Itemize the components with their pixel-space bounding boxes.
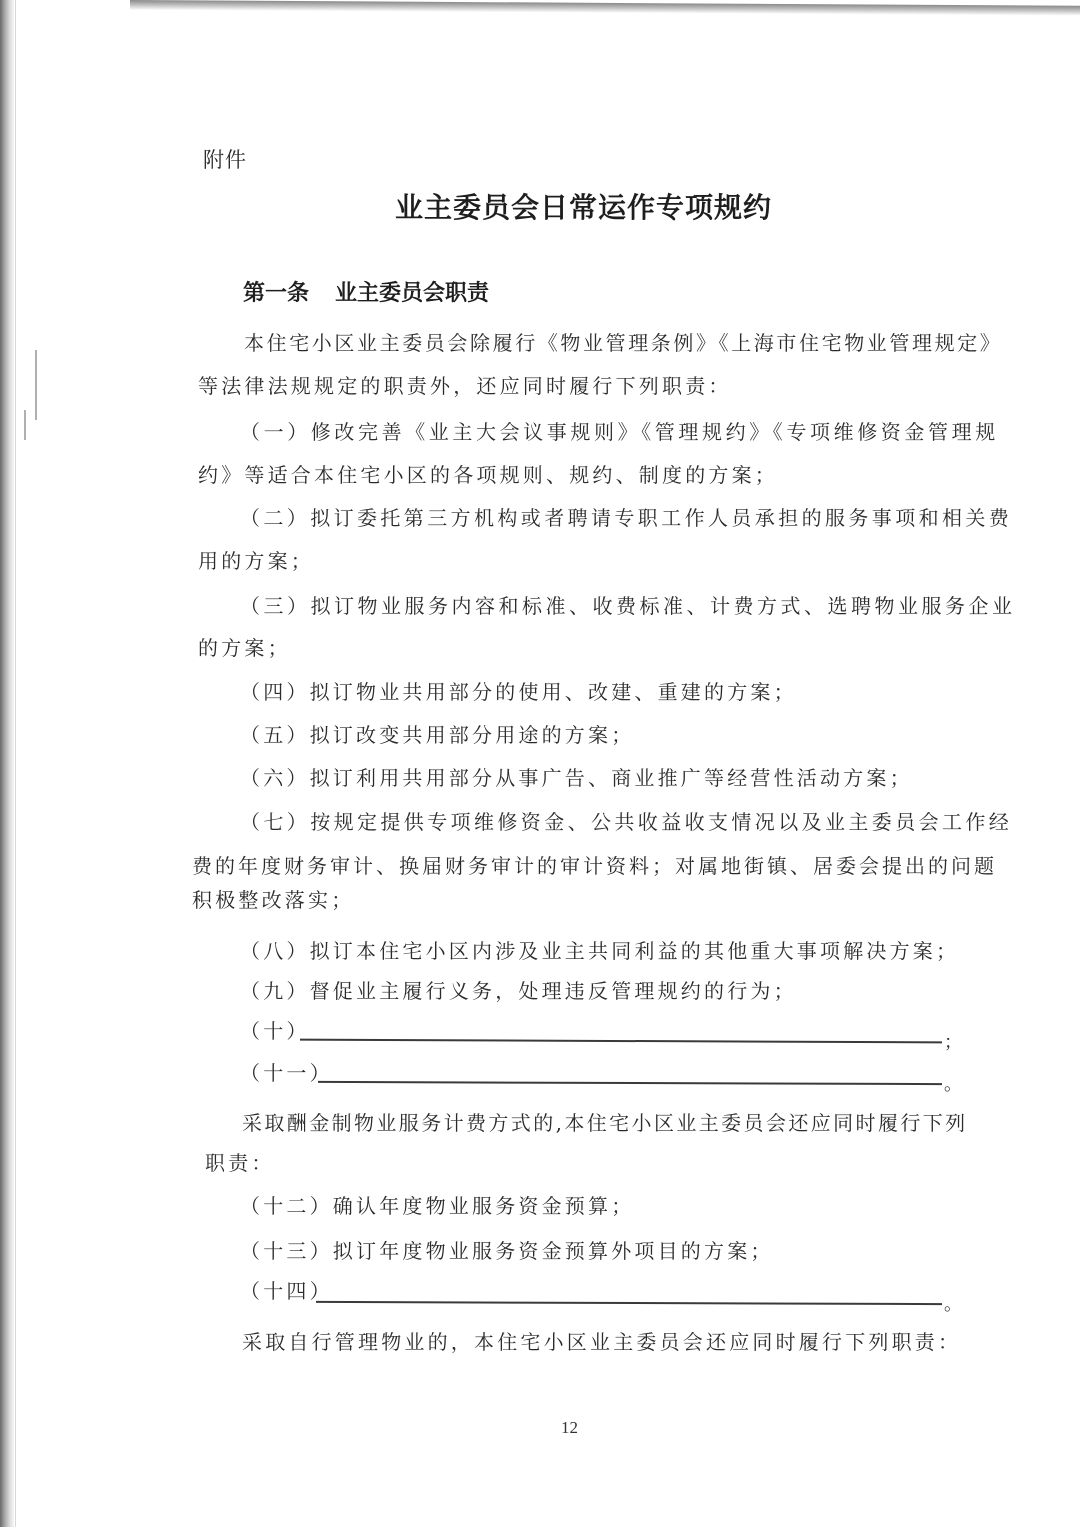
article-heading: 第一条业主委员会职责 <box>243 276 489 307</box>
item-14-marker: （十四） <box>240 1275 333 1304</box>
item-3-line-1: （三）拟订物业服务内容和标准、收费标准、计费方式、选聘物业服务企业 <box>240 590 1016 619</box>
item-7-line-3: 积极整改落实； <box>192 884 354 913</box>
page-number: 12 <box>561 1418 578 1438</box>
item-8-line-1: （八）拟订本住宅小区内涉及业主共同利益的其他重大事项解决方案； <box>240 935 959 964</box>
item-14-end-punct: 。 <box>944 1290 962 1316</box>
item-11-fill-blank[interactable] <box>318 1081 942 1085</box>
intro-line-1: 本住宅小区业主委员会除履行《物业管理条例》《上海市住宅物业管理规定》 <box>244 327 1002 356</box>
remuneration-intro-line-1: 采取酬金制物业服务计费方式的,本住宅小区业主委员会还应同时履行下列 <box>242 1107 968 1136</box>
item-2-line-2: 用的方案； <box>198 545 314 574</box>
article-title: 业主委员会职责 <box>335 280 489 306</box>
item-7-line-2: 费的年度财务审计、换届财务审计的审计资料；对属地街镇、居委会提出的问题 <box>192 850 997 879</box>
item-6-line-1: （六）拟订利用共用部分从事广告、商业推广等经营性活动方案； <box>240 762 913 791</box>
item-2-line-1: （二）拟订委托第三方机构或者聘请专职工作人员承担的服务事项和相关费 <box>240 502 1012 531</box>
intro-line-2: 等法律法规规定的职责外，还应同时履行下列职责： <box>198 370 732 399</box>
item-4-line-1: （四）拟订物业共用部分的使用、改建、重建的方案； <box>240 676 797 705</box>
item-13-line-1: （十三）拟订年度物业服务资金预算外项目的方案； <box>240 1235 774 1264</box>
item-1-line-2: 约》等适合本住宅小区的各项规则、规约、制度的方案； <box>198 459 778 488</box>
item-7-line-1: （七）按规定提供专项维修资金、公共收益收支情况以及业主委员会工作经 <box>240 806 1012 835</box>
item-14-fill-blank[interactable] <box>316 1301 942 1305</box>
attachment-label: 附件 <box>203 144 247 174</box>
item-5-line-1: （五）拟订改变共用部分用途的方案； <box>240 719 634 748</box>
item-10-end-punct: ； <box>944 1028 962 1054</box>
document-page: 附件 业主委员会日常运作专项规约 第一条业主委员会职责 本住宅小区业主委员会除履… <box>0 0 1080 1527</box>
item-3-line-2: 的方案； <box>198 632 291 661</box>
item-11-end-punct: 。 <box>944 1070 962 1096</box>
self-management-intro: 采取自行管理物业的，本住宅小区业主委员会还应同时履行下列职责： <box>242 1326 961 1355</box>
item-9-line-1: （九）督促业主履行义务，处理违反管理规约的行为； <box>240 975 797 1004</box>
item-12-line-1: （十二）确认年度物业服务资金预算； <box>240 1190 634 1219</box>
document-title: 业主委员会日常运作专项规约 <box>395 186 772 226</box>
item-1-line-1: （一）修改完善《业主大会议事规则》《管理规约》《专项维修资金管理规 <box>240 416 999 445</box>
article-number: 第一条 <box>243 280 309 306</box>
item-10-fill-blank[interactable] <box>300 1039 942 1044</box>
remuneration-intro-line-2: 职责： <box>205 1147 275 1176</box>
